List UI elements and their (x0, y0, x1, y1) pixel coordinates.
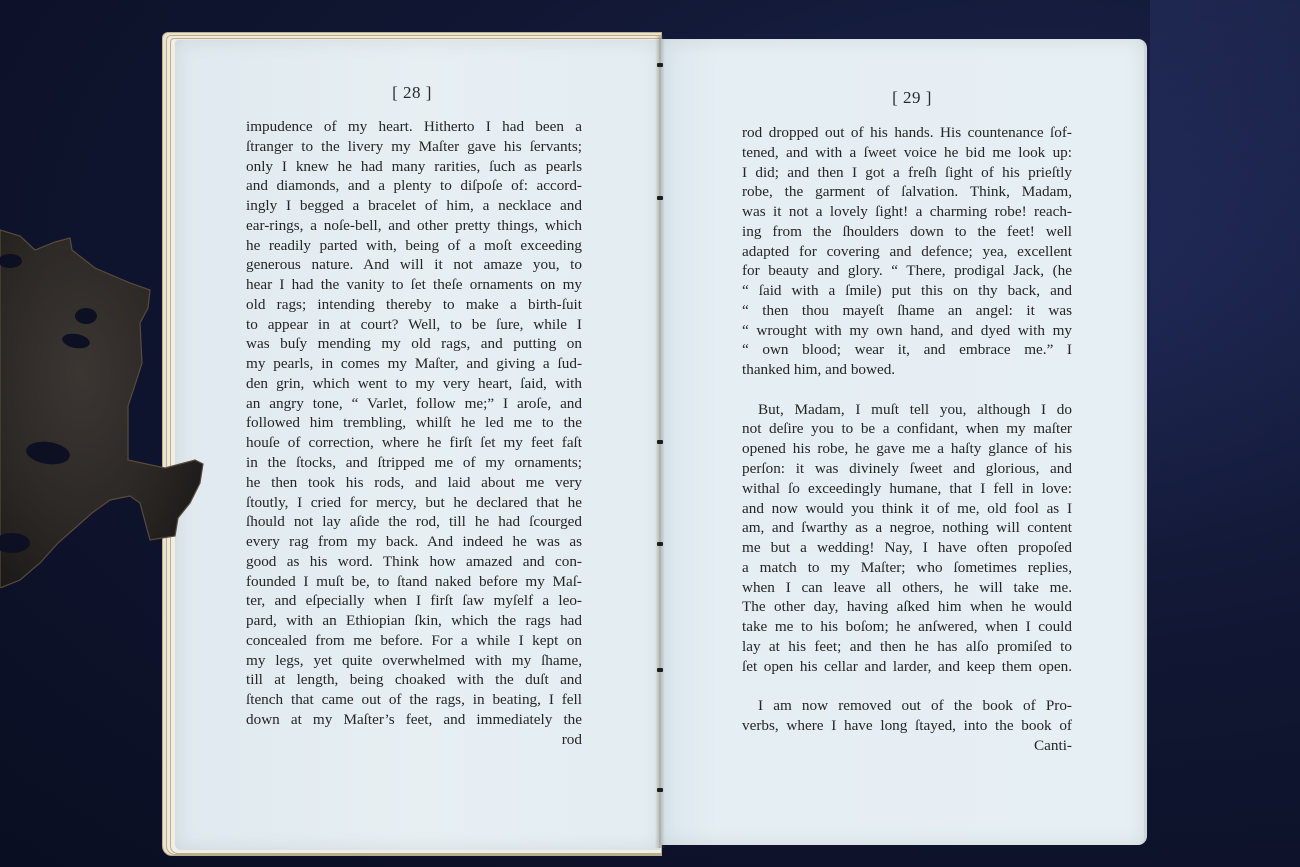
binding-stitch (657, 440, 663, 444)
paragraph-gap (742, 380, 1072, 400)
metal-bookmark-clip (0, 228, 205, 588)
text-line: a match to my Maſter; who ſometimes repl… (742, 558, 1072, 578)
right-page-text: rod dropped out of his hands. His counte… (742, 123, 1072, 756)
binding-stitch (657, 196, 663, 200)
text-line: “ ſaid with a ſmile) put this on thy bac… (742, 281, 1072, 301)
text-line: was buſy mending my old rags, and puttin… (246, 334, 582, 354)
text-line: adapted for covering and defence; yea, e… (742, 242, 1072, 262)
text-line: old rags; intending thereby to make a bi… (246, 295, 582, 315)
text-line: den grin, which went to my very heart, ſ… (246, 374, 582, 394)
text-line: ſhould not lay aſide the rod, till he ha… (246, 512, 582, 532)
text-line: I am now removed out of the book of Pro- (742, 696, 1072, 716)
text-line: for beauty and glory. “ There, prodigal … (742, 261, 1072, 281)
text-line: opened his robe, he gave me a haſty glan… (742, 439, 1072, 459)
text-line: every rag from my back. And indeed he wa… (246, 532, 582, 552)
left-page-text: impudence of my heart. Hitherto I had be… (246, 117, 582, 750)
text-line: me but a wedding! Nay, I have often prop… (742, 538, 1072, 558)
text-line: and diamonds, and a plenty to diſpoſe of… (246, 176, 582, 196)
text-line: rod dropped out of his hands. His counte… (742, 123, 1072, 143)
text-line: my legs, yet quite overwhelmed with my ſ… (246, 651, 582, 671)
text-line: am, and ſwarthy as a negroe, nothing wil… (742, 518, 1072, 538)
page-number-left: [ 28 ] (352, 83, 472, 103)
text-line: and now would you think it of me, old fo… (742, 499, 1072, 519)
text-line: only I knew he had many rarities, ſuch a… (246, 157, 582, 177)
binding-stitch (657, 788, 663, 792)
text-line: an angry tone, “ Varlet, follow me;” I a… (246, 394, 582, 414)
text-line: ear-rings, a noſe-bell, and other pretty… (246, 216, 582, 236)
text-line: to appear in at court? Well, to be ſure,… (246, 315, 582, 335)
text-line: he then took his rods, and laid about me… (246, 473, 582, 493)
text-line: founded I muſt be, to ſtand naked before… (246, 572, 582, 592)
text-line: ſtench that came out of the rags, in bea… (246, 690, 582, 710)
text-line: ſet open his cellar and larder, and keep… (742, 657, 1072, 677)
text-line: thanked him, and bowed. (742, 360, 1072, 380)
text-line: tened, and with a ſweet voice he bid me … (742, 143, 1072, 163)
text-line: Canti- (742, 736, 1072, 756)
text-line: houſe of correction, where he firſt ſet … (246, 433, 582, 453)
text-line: “ wrought with my own hand, and dyed wit… (742, 321, 1072, 341)
text-line: “ then thou mayeſt ſhame an angel: it wa… (742, 301, 1072, 321)
text-line: pard, with an Ethiopian ſkin, which the … (246, 611, 582, 631)
text-line: robe, the garment of ſalvation. Think, M… (742, 182, 1072, 202)
text-line: impudence of my heart. Hitherto I had be… (246, 117, 582, 137)
text-line: withal ſo exceedingly humane, that I fel… (742, 479, 1072, 499)
binding-stitch (657, 542, 663, 546)
binding-stitch (657, 63, 663, 67)
text-line: ſtranger to the livery my Maſter gave hi… (246, 137, 582, 157)
text-line: he readily parted with, being of a moſt … (246, 236, 582, 256)
text-line: ter, and eſpecially when I firſt ſaw myſ… (246, 591, 582, 611)
text-line: rod (246, 730, 582, 750)
text-line: was it not a lovely ſight! a charming ro… (742, 202, 1072, 222)
text-line: perſon: it was divinely ſweet and glorio… (742, 459, 1072, 479)
text-line: good as his word. Think how amazed and c… (246, 552, 582, 572)
text-line: when I can leave all others, he will tak… (742, 578, 1072, 598)
text-line: I did; and then I got a freſh ſight of h… (742, 163, 1072, 183)
text-line: verbs, where I have long ſtayed, into th… (742, 716, 1072, 736)
text-line: my pearls, in comes my Maſter, and givin… (246, 354, 582, 374)
text-line: not deſire you to be a confidant, when m… (742, 419, 1072, 439)
text-line: But, Madam, I muſt tell you, although I … (742, 400, 1072, 420)
text-line: ing from the ſhoulders down to the feet!… (742, 222, 1072, 242)
text-line: ſtoutly, I cried for mercy, but he decla… (246, 493, 582, 513)
text-line: ingly I begged a bracelet of him, a neck… (246, 196, 582, 216)
text-line: “ own blood; wear it, and embrace me.” I (742, 340, 1072, 360)
page-number-right: [ 29 ] (852, 88, 972, 108)
text-line: followed him trembling, whilſt he led me… (246, 413, 582, 433)
text-line: take me to his boſom; he anſwered, when … (742, 617, 1072, 637)
binding-stitch (657, 668, 663, 672)
text-line: generous nature. And will it not amaze y… (246, 255, 582, 275)
text-line: concealed from me before. For a while I … (246, 631, 582, 651)
text-line: till at length, being choaked with the d… (246, 670, 582, 690)
paragraph-gap (742, 676, 1072, 696)
text-line: down at my Maſter’s feet, and immediatel… (246, 710, 582, 730)
text-line: hear I had the vanity to ſet theſe ornam… (246, 275, 582, 295)
text-line: lay at his feet; and then he has alſo pr… (742, 637, 1072, 657)
text-line: The other day, having aſked him when he … (742, 597, 1072, 617)
text-line: in the ſtocks, and ſtripped me of my orn… (246, 453, 582, 473)
